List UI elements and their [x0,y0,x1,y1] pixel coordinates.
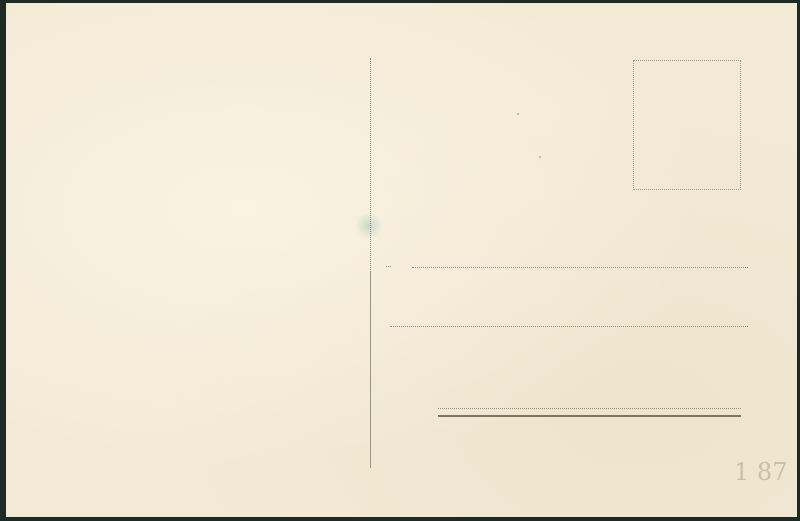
stain-mark [356,211,382,241]
paper-speck [539,156,541,158]
address-line-2 [390,326,748,327]
postcard-back: 1 87 [6,3,797,517]
stamp-placement-box [633,60,741,190]
paper-speck [517,113,519,115]
address-line-1 [412,267,748,268]
address-line-marker [386,266,391,267]
address-line-4-solid [438,415,741,417]
pencil-marking: 1 87 [734,458,794,498]
center-divider-line-lower [370,271,371,468]
address-line-3 [438,408,741,409]
